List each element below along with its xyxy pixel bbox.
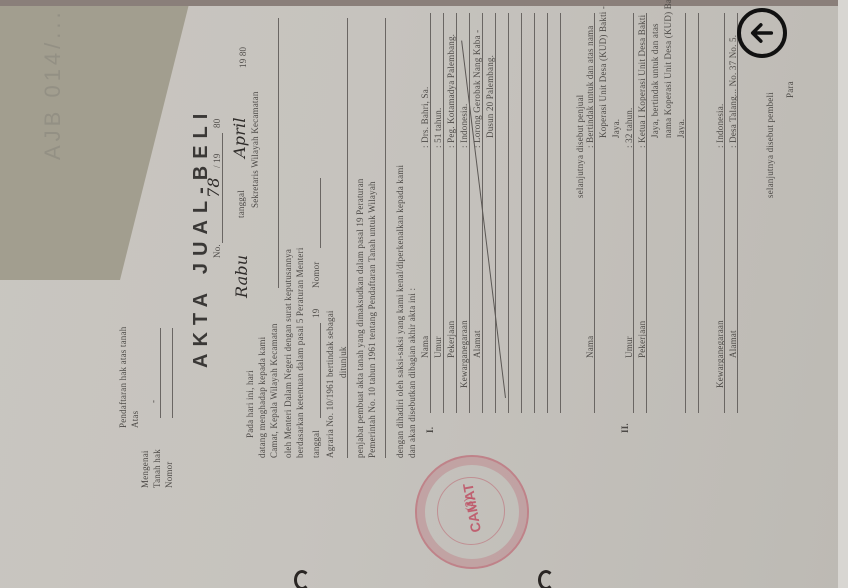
intro-line-7: Agraria No. 10/1961 bertindak sebagai xyxy=(325,310,335,458)
party-1-value: : Lorong Gerobak Nang Kaba - xyxy=(472,30,482,148)
intro-nomor: Nomor xyxy=(311,262,321,289)
row-line xyxy=(737,13,738,413)
row-line xyxy=(724,13,725,413)
party-1-label: Umur xyxy=(433,336,443,358)
sidebar-underline xyxy=(160,328,161,418)
party-2-footer-note: selanjutnya disebut pembeli xyxy=(765,92,775,198)
row-line xyxy=(685,13,686,413)
party-2-value: Jaya. xyxy=(611,119,621,138)
party-1-label: Alamat xyxy=(472,330,482,358)
party-2-value: nama Koperasi Unit Desa (KUD) Bakti xyxy=(663,0,673,138)
party-1-value: : Drs. Bahri, Sa. xyxy=(420,87,430,148)
row-line xyxy=(547,13,548,413)
sidebar-label-mengenai: Mengenai xyxy=(140,450,150,488)
sidebar-value-atas: Atas xyxy=(130,411,140,428)
intro-divider xyxy=(347,18,348,458)
party-1-label: Nama xyxy=(420,336,430,358)
date-handwritten: April xyxy=(230,117,249,158)
intro-line-1: Pada hari ini, hari xyxy=(245,370,255,438)
binder-hole xyxy=(294,570,310,588)
intro-line-4: oleh Menteri Dalam Negeri dengan surat k… xyxy=(283,249,293,458)
intro-line-9: penjabat pembuat akta tanah yang dimaksu… xyxy=(355,179,365,458)
day-handwritten: Rabu xyxy=(232,255,251,298)
sidebar-underline xyxy=(172,328,173,418)
intro-line-10: Pemerintah No. 10 tahun 1961 tentang Pen… xyxy=(367,181,377,458)
row-line xyxy=(469,13,470,413)
intro-line-2-suffix: Sekretaris Wilayah Kecamatan xyxy=(250,91,260,208)
intro-divider-2 xyxy=(385,18,386,458)
row-line xyxy=(495,13,496,413)
deed-year-value: 80 xyxy=(212,119,222,128)
party-1-value: : 51 tahun. xyxy=(433,108,443,148)
intro-underline xyxy=(278,18,279,288)
nomor-underline xyxy=(320,178,321,248)
intro-line-2: datang menghadap kepada kami xyxy=(257,337,267,458)
date-prefix: tanggal xyxy=(236,190,246,218)
row-line xyxy=(521,13,522,413)
row-line xyxy=(633,13,634,413)
row-line xyxy=(443,13,444,413)
intro-line-12: dan akan disebutkan dibagian akhir akta … xyxy=(407,288,417,458)
party-2-numeral: II. xyxy=(620,423,630,433)
party-2-value: Jaya, bertindak untuk dan atas xyxy=(650,23,660,138)
party-2-value: Koperasi Unit Desa (KUD) Bakti - xyxy=(598,6,608,138)
row-line xyxy=(534,13,535,413)
sidebar-label-tanah-hak: Tanah hak xyxy=(152,449,162,488)
row-line xyxy=(430,13,431,413)
sidebar-label-nomor: Nomor xyxy=(164,462,174,489)
deed-title: AKTA JUAL-BELI xyxy=(190,107,213,368)
number-underline xyxy=(222,133,223,243)
party-1-label: Kewarganegaraan xyxy=(459,320,469,388)
row-line xyxy=(594,13,595,413)
row-line xyxy=(508,13,509,413)
row-line xyxy=(456,13,457,413)
sidebar-value-purpose: Pendaftaran hak atas tanah xyxy=(118,327,128,428)
deed-number-handwritten: 78 xyxy=(204,177,223,198)
binder-hole xyxy=(538,570,554,588)
intro-tanggal: tanggal xyxy=(311,430,321,458)
sidebar-value-nomor: - xyxy=(148,400,158,403)
back-button[interactable] xyxy=(737,8,787,58)
intro-year: 19 80 xyxy=(238,47,248,68)
page-marker: Para xyxy=(785,81,795,98)
row-line xyxy=(698,13,699,413)
arrow-left-icon xyxy=(748,19,776,47)
deed-year-label: / 19 xyxy=(212,153,222,168)
row-line xyxy=(560,13,561,413)
party-1-value: Dusun 20 Palembang. xyxy=(485,55,495,138)
intro-19: 19 xyxy=(311,309,321,318)
deed-number-label: No. xyxy=(212,244,222,258)
document-photo: AJB 014/... Mengenai Tanah hak Nomor Pen… xyxy=(0,0,848,588)
party-1-value: : Indonesia. xyxy=(459,104,469,148)
party-1-numeral: I. xyxy=(425,427,435,433)
intro-line-3: Camat, Kepala Wilayah Kecamatan xyxy=(269,323,279,458)
tanggal-underline xyxy=(320,323,321,418)
row-line xyxy=(646,13,647,413)
intro-line-11: dengan dihadiri oleh saksi-saksi yang ka… xyxy=(395,165,405,458)
official-stamp: (3) CAMAT xyxy=(415,455,529,569)
party-2-note: selanjutnya disebut penjual xyxy=(575,95,585,198)
party-1-label: Pekerjaan xyxy=(446,321,456,358)
party-1-value: : Peg. Kotamadya Palembang. xyxy=(446,34,456,148)
intro-line-5: berdasarkan ketentuan dalam pasal 5 Pera… xyxy=(295,247,305,458)
